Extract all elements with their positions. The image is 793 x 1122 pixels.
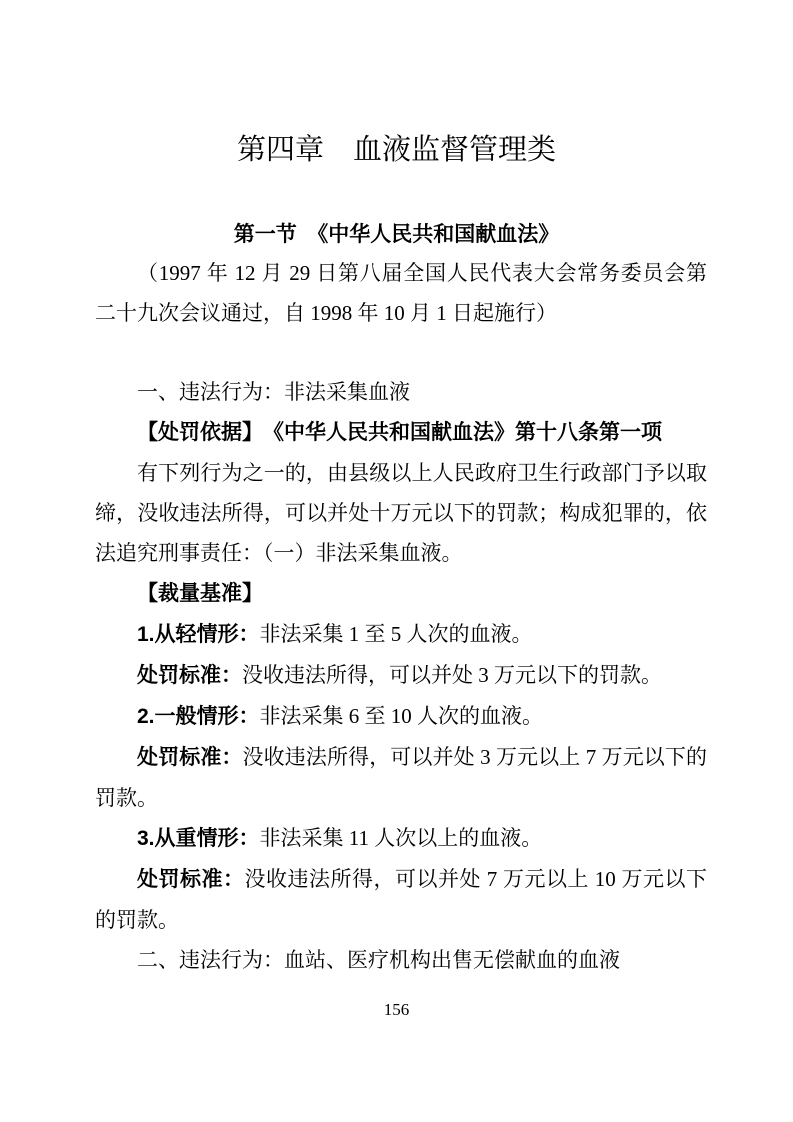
bold-text-run: 处罚标准： (137, 664, 242, 687)
paragraph-penalty-basis-1: 【处罚依据】 《中华人民共和国献血法》第十八条第一项 (95, 412, 707, 453)
paragraph-violation-item-1: 一、违法行为：非法采集血液 (95, 372, 707, 412)
preamble-paragraph: （1997 年 12 月 29 日第八届全国人民代表大会常务委员会第二十九次会议… (95, 253, 707, 333)
text-run: 非法采集 6 至 10 人次的血液。 (260, 704, 544, 728)
body-text: 一、违法行为：非法采集血液【处罚依据】 《中华人民共和国献血法》第十八条第一项有… (95, 372, 707, 980)
paragraph-basis-text-1: 有下列行为之一的，由县级以上人民政府卫生行政部门予以取缔，没收违法所得，可以并处… (95, 453, 707, 573)
bold-text-run: 1.从轻情形： (137, 623, 260, 646)
paragraph-light-penalty-standard-1: 处罚标准：没收违法所得，可以并处 3 万元以下的罚款。 (95, 655, 707, 696)
paragraph-heavy-penalty-standard-1: 处罚标准：没收违法所得，可以并处 7 万元以上 10 万元以下的罚款。 (95, 859, 707, 940)
document-content: （1997 年 12 月 29 日第八届全国人民代表大会常务委员会第二十九次会议… (95, 253, 707, 980)
bold-text-run: 【裁量基准】 (137, 582, 263, 605)
document-page: 第四章 血液监督管理类 第一节 《中华人民共和国献血法》 （1997 年 12 … (0, 0, 793, 1122)
text-run: 一、违法行为：非法采集血液 (137, 380, 410, 404)
text-run: 没收违法所得，可以并处 3 万元以下的罚款。 (242, 663, 662, 687)
text-run: 有下列行为之一的，由县级以上人民政府卫生行政部门予以取缔，没收违法所得，可以并处… (95, 461, 707, 565)
paragraph-discretion-benchmark-header-1: 【裁量基准】 (95, 573, 707, 614)
bold-text-run: 处罚标准： (137, 868, 245, 891)
bold-text-run: 处罚标准： (137, 746, 243, 769)
bold-text-run: 【处罚依据】 《中华人民共和国献血法》第十八条第一项 (137, 421, 662, 444)
bold-text-run: 3.从重情形： (137, 827, 260, 850)
text-run: 非法采集 11 人次以上的血液。 (260, 826, 543, 850)
text-run: 二、违法行为：血站、医疗机构出售无偿献血的血液 (137, 948, 620, 972)
paragraph-heavy-circumstance-1: 3.从重情形：非法采集 11 人次以上的血液。 (95, 818, 707, 859)
text-run: 非法采集 1 至 5 人次的血液。 (260, 622, 533, 646)
paragraph-violation-item-2: 二、违法行为：血站、医疗机构出售无偿献血的血液 (95, 940, 707, 980)
page-number: 156 (0, 1000, 793, 1020)
chapter-title: 第四章 血液监督管理类 (0, 129, 793, 171)
paragraph-light-circumstance-1: 1.从轻情形：非法采集 1 至 5 人次的血液。 (95, 614, 707, 655)
paragraph-general-circumstance-1: 2.一般情形：非法采集 6 至 10 人次的血液。 (95, 696, 707, 737)
section-title: 第一节 《中华人民共和国献血法》 (0, 218, 793, 252)
paragraph-general-penalty-standard-1: 处罚标准：没收违法所得，可以并处 3 万元以上 7 万元以下的罚款。 (95, 737, 707, 818)
bold-text-run: 2.一般情形： (137, 705, 260, 728)
